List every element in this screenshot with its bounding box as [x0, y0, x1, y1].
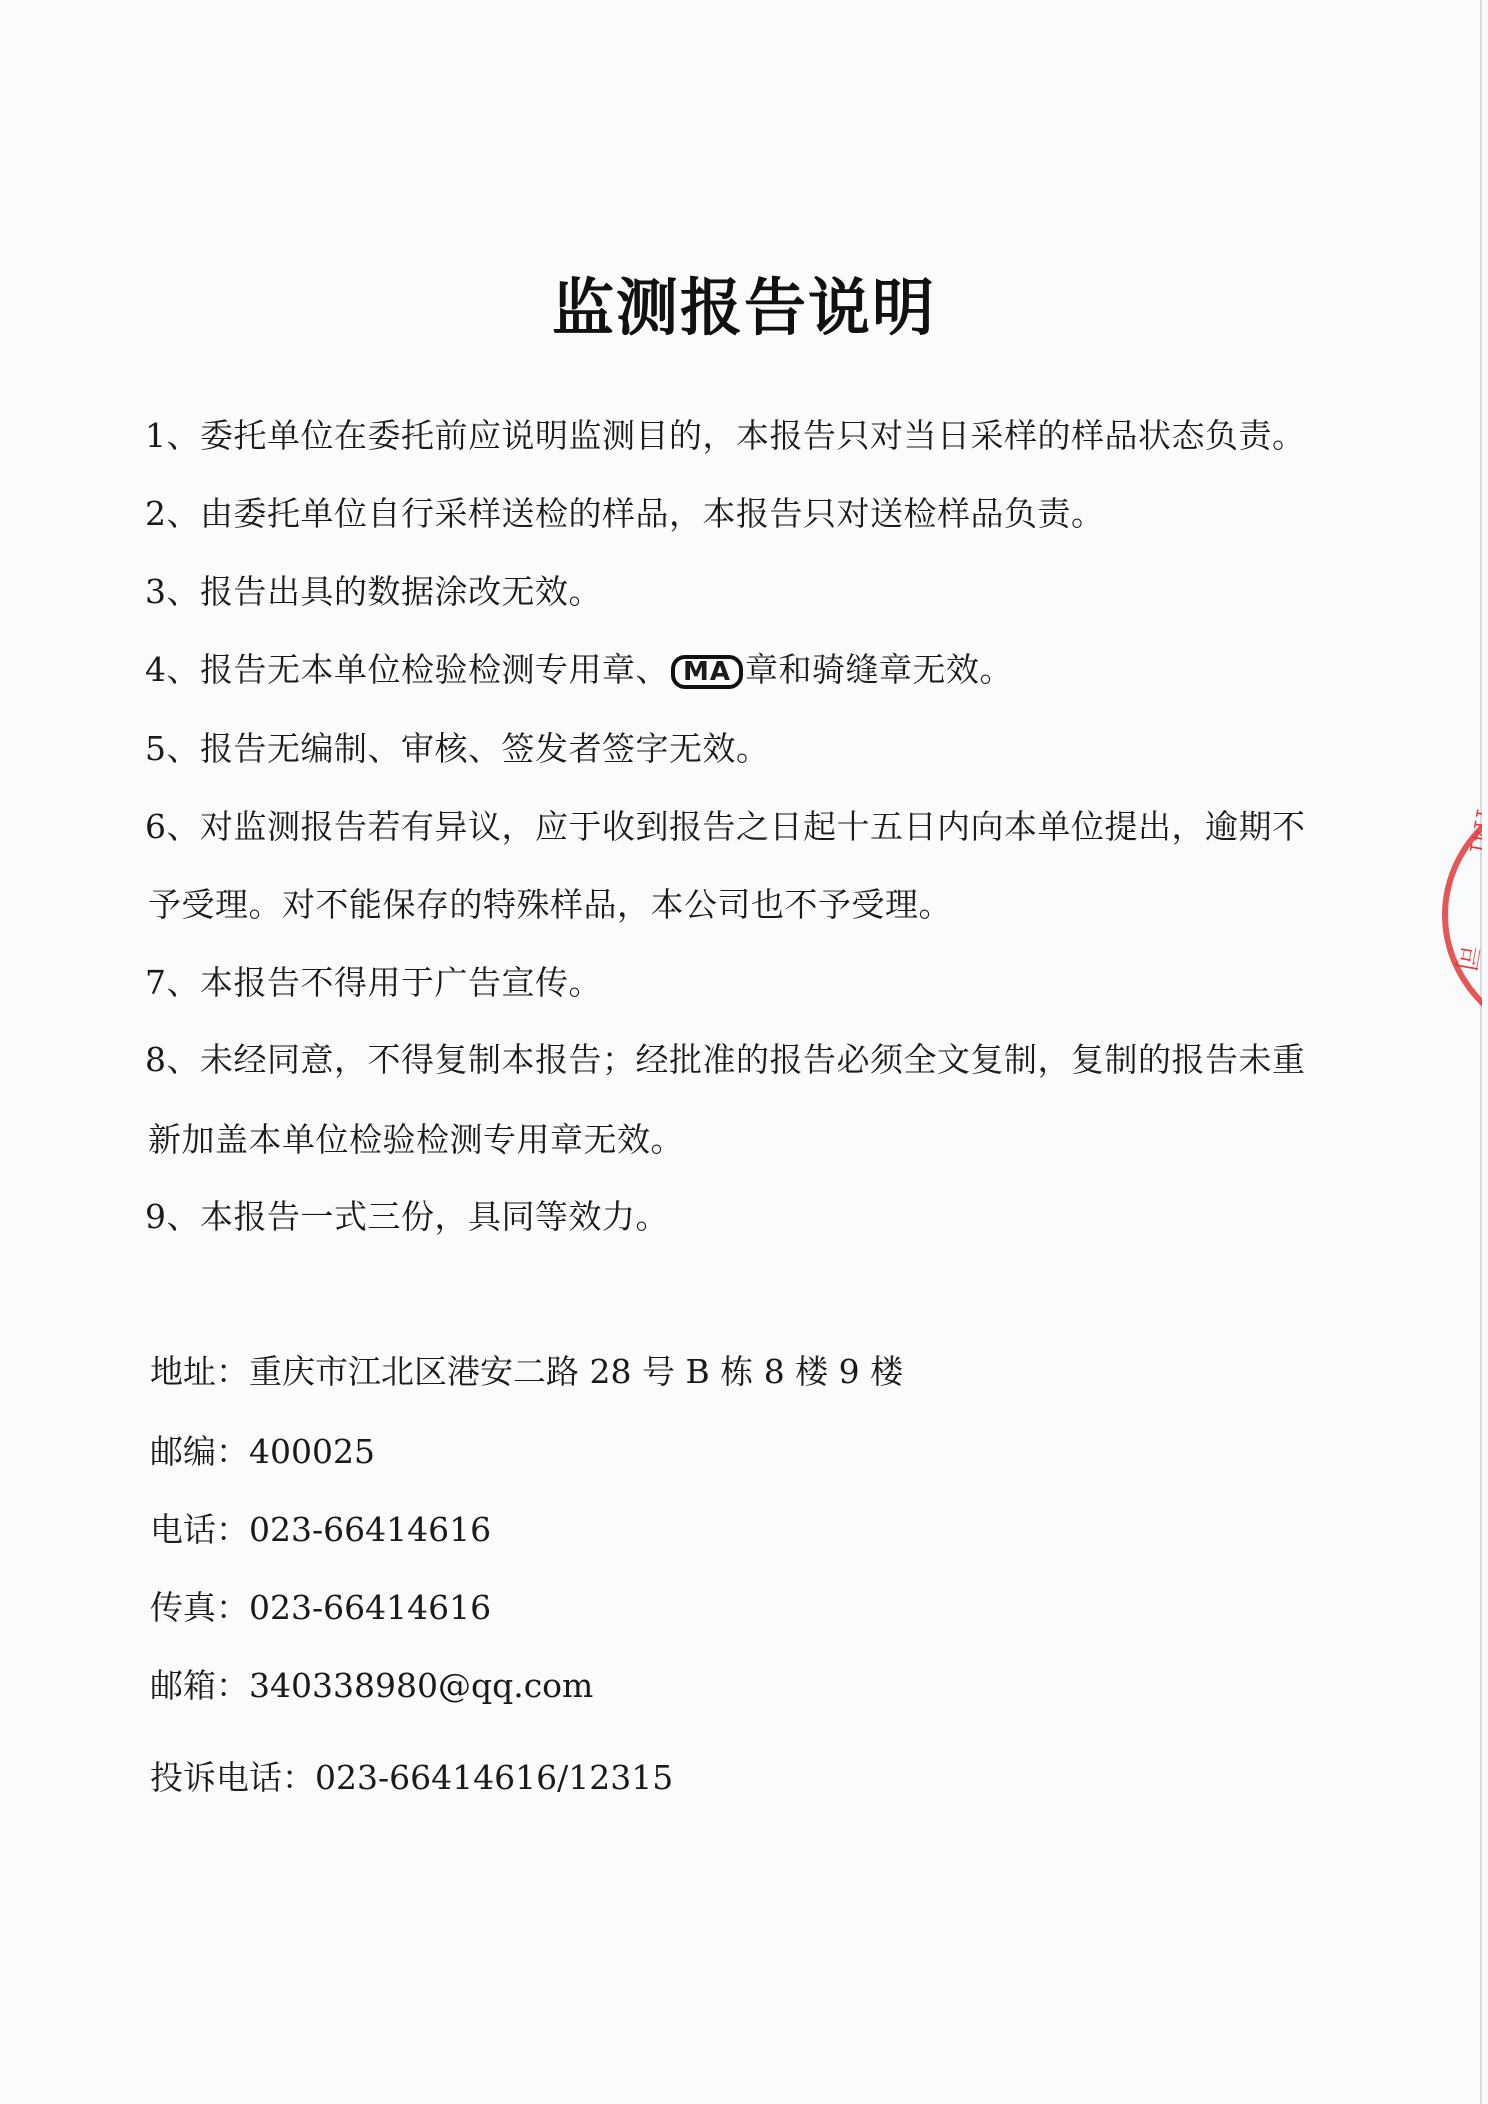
contact-email: 邮箱：340338980@qq.com: [150, 1666, 593, 1706]
stamp-text-1: 1141: [1465, 806, 1482, 855]
item-text: 由委托单位自行采样送检的样品，本报告只对送检样品负责。: [200, 494, 1105, 533]
contact-fax: 传真：023-66414616: [150, 1588, 491, 1628]
item-9: 9、本报告一式三份，具同等效力。: [145, 1197, 669, 1237]
cma-mark-text: MA: [683, 657, 731, 687]
address-label: 地址：: [150, 1352, 249, 1391]
cma-mark-icon: MA: [671, 655, 743, 689]
contact-address: 地址：重庆市江北区港安二路 28 号 B 栋 8 楼 9 楼: [150, 1352, 903, 1392]
postal-value: 400025: [249, 1432, 375, 1471]
item-5: 5、报告无编制、审核、签发者签字无效。: [145, 729, 770, 769]
item-number: 3、: [145, 572, 200, 611]
fax-label: 传真：: [150, 1588, 249, 1627]
contact-phone: 电话：023-66414616: [150, 1510, 491, 1550]
item-number: 7、: [145, 963, 200, 1002]
red-seal-stamp-icon: 1141 司: [1442, 780, 1482, 1050]
item-text: 委托单位在委托前应说明监测目的，本报告只对当日采样的样品状态负责。: [200, 416, 1306, 455]
item-text-after: 章和骑缝章无效。: [745, 650, 1013, 689]
postal-label: 邮编：: [150, 1432, 249, 1471]
contact-complaint: 投诉电话：023-66414616/12315: [150, 1758, 673, 1798]
page-title: 监测报告说明: [0, 258, 1488, 347]
item-8-continuation: 新加盖本单位检验检测专用章无效。: [148, 1120, 684, 1160]
complaint-label: 投诉电话：: [150, 1758, 315, 1797]
item-number: 2、: [145, 494, 200, 533]
item-3: 3、报告出具的数据涂改无效。: [145, 572, 602, 612]
item-text: 报告无本单位检验检测专用章、: [200, 650, 669, 689]
fax-value: 023-66414616: [249, 1588, 491, 1627]
item-number: 4、: [145, 650, 200, 689]
item-6: 6、对监测报告若有异议，应于收到报告之日起十五日内向本单位提出，逾期不: [145, 807, 1306, 847]
item-1: 1、委托单位在委托前应说明监测目的，本报告只对当日采样的样品状态负责。: [145, 416, 1306, 456]
item-number: 8、: [145, 1040, 200, 1079]
phone-value: 023-66414616: [249, 1510, 491, 1549]
item-text: 报告出具的数据涂改无效。: [200, 572, 602, 611]
contact-postal: 邮编：400025: [150, 1432, 375, 1472]
address-value: 重庆市江北区港安二路 28 号 B 栋 8 楼 9 楼: [249, 1352, 903, 1391]
item-number: 9、: [145, 1197, 200, 1236]
item-number: 1、: [145, 416, 200, 455]
phone-label: 电话：: [150, 1510, 249, 1549]
item-8: 8、未经同意，不得复制本报告；经批准的报告必须全文复制，复制的报告未重: [145, 1040, 1306, 1080]
item-7: 7、本报告不得用于广告宣传。: [145, 963, 602, 1003]
item-number: 5、: [145, 729, 200, 768]
item-number: 6、: [145, 807, 200, 846]
item-text: 对监测报告若有异议，应于收到报告之日起十五日内向本单位提出，逾期不: [200, 807, 1306, 846]
stamp-text-2: 司: [1449, 942, 1482, 974]
item-text: 未经同意，不得复制本报告；经批准的报告必须全文复制，复制的报告未重: [200, 1040, 1306, 1079]
item-6-continuation: 予受理。对不能保存的特殊样品，本公司也不予受理。: [148, 885, 952, 925]
item-text: 报告无编制、审核、签发者签字无效。: [200, 729, 770, 768]
email-value: 340338980@qq.com: [249, 1666, 593, 1705]
complaint-value: 023-66414616/12315: [315, 1758, 673, 1797]
item-2: 2、由委托单位自行采样送检的样品，本报告只对送检样品负责。: [145, 494, 1105, 534]
item-text: 本报告不得用于广告宣传。: [200, 963, 602, 1002]
item-text: 本报告一式三份，具同等效力。: [200, 1197, 669, 1236]
email-label: 邮箱：: [150, 1666, 249, 1705]
item-4: 4、报告无本单位检验检测专用章、MA章和骑缝章无效。: [145, 650, 1013, 690]
